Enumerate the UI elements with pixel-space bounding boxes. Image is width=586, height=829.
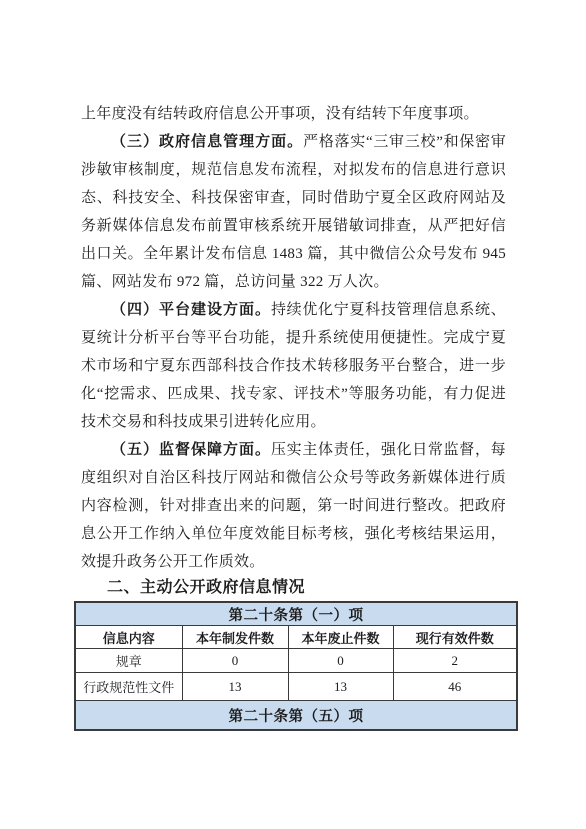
table-header-row: 信息内容本年制发件数本年废止件数现行有效件数	[75, 626, 517, 649]
text-line: 出口关。全年累计发布信息 1483 篇，其中微信公众号发布 945	[81, 240, 506, 268]
row-label: 规章	[75, 649, 182, 673]
table-title: 第二十条第（一）项	[75, 602, 517, 626]
text-line: 效提升政务公开工作质效。	[81, 548, 506, 576]
paragraph-lead: （三）政府信息管理方面。	[111, 133, 303, 150]
text-line: 夏统计分析平台等平台功能，提升系统使用便捷性。完成宁夏技	[81, 324, 506, 352]
table-footer-row: 第二十条第（五）项	[75, 701, 517, 731]
column-header: 现行有效件数	[393, 626, 517, 649]
text-line: （五）监督保障方面。压实主体责任，强化日常监督，每季	[81, 436, 506, 464]
table-cell: 0	[288, 649, 393, 673]
table-cell: 46	[393, 673, 517, 701]
text-line: 度组织对自治区科技厅网站和微信公众号等政务新媒体进行质量	[81, 464, 506, 492]
table-cell: 13	[182, 673, 288, 701]
disclosure-table: 第二十条第（一）项 信息内容本年制发件数本年废止件数现行有效件数 规章002行政…	[74, 601, 518, 731]
section-heading: 二、主动公开政府信息情况	[81, 576, 506, 600]
page-content: 上年度没有结转政府信息公开事项，没有结转下年度事项。（三）政府信息管理方面。严格…	[81, 100, 506, 731]
text-line: 技术交易和科技成果引进转化应用。	[81, 408, 506, 436]
text-line: 息公开工作纳入单位年度效能目标考核，强化考核结果运用，有	[81, 520, 506, 548]
table-body: 规章002行政规范性文件131346	[75, 649, 517, 701]
column-header: 本年制发件数	[182, 626, 288, 649]
text-line: 上年度没有结转政府信息公开事项，没有结转下年度事项。	[81, 100, 506, 128]
table-cell: 2	[393, 649, 517, 673]
table-row: 行政规范性文件131346	[75, 673, 517, 701]
text-line: （三）政府信息管理方面。严格落实“三审三校”和保密审查、	[81, 128, 506, 156]
column-header: 本年废止件数	[288, 626, 393, 649]
column-header: 信息内容	[75, 626, 182, 649]
row-label: 行政规范性文件	[75, 673, 182, 701]
text-line: 务新媒体信息发布前置审核系统开展错敏词排查，从严把好信息	[81, 212, 506, 240]
text-line: 态、科技安全、科技保密审查，同时借助宁夏全区政府网站及政	[81, 184, 506, 212]
text-line: 篇、网站发布 972 篇，总访问量 322 万人次。	[81, 268, 506, 296]
text-line: 内容检测，针对排查出来的问题，第一时间进行整改。把政府信	[81, 492, 506, 520]
document-page: 上年度没有结转政府信息公开事项，没有结转下年度事项。（三）政府信息管理方面。严格…	[0, 0, 586, 829]
table-cell: 0	[182, 649, 288, 673]
text-line: 化“挖需求、匹成果、找专家、评技术”等服务功能，有力促进	[81, 380, 506, 408]
table-footer: 第二十条第（五）项	[75, 701, 517, 731]
paragraph-lead: （四）平台建设方面。	[111, 301, 271, 318]
table-title-row: 第二十条第（一）项	[75, 602, 517, 626]
paragraph-lead: （五）监督保障方面。	[111, 441, 271, 458]
text-line: （四）平台建设方面。持续优化宁夏科技管理信息系统、宁	[81, 296, 506, 324]
text-line: 术市场和宁夏东西部科技合作技术转移服务平台整合，进一步强	[81, 352, 506, 380]
body-text: 上年度没有结转政府信息公开事项，没有结转下年度事项。（三）政府信息管理方面。严格…	[81, 100, 506, 576]
table-cell: 13	[288, 673, 393, 701]
text-line: 涉敏审核制度，规范信息发布流程，对拟发布的信息进行意识形	[81, 156, 506, 184]
table-row: 规章002	[75, 649, 517, 673]
